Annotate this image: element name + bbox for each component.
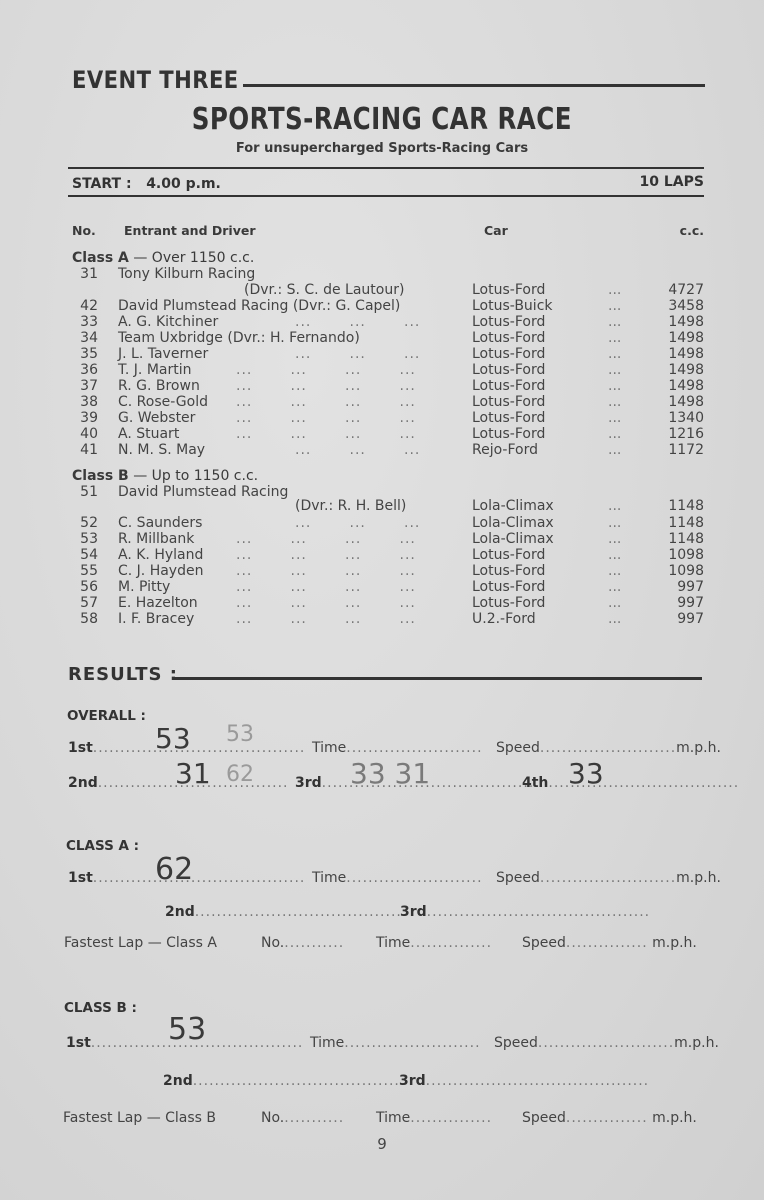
laps-count: 10 LAPS — [640, 174, 704, 190]
entry-cc: 997 — [677, 611, 704, 627]
class-a-second-field[interactable]: 2nd.....................................… — [165, 904, 407, 920]
car-leader-dots: ... — [608, 282, 621, 298]
class-a-time-field[interactable]: Time......................... — [312, 870, 483, 886]
class-a-fastest-time-field[interactable]: Time............... — [376, 935, 492, 951]
entry-cc: 1498 — [668, 330, 704, 346]
entry-cc: 1172 — [668, 442, 704, 458]
entry-entrant: A. G. Kitchiner — [118, 314, 218, 330]
entry-car: Lotus-Ford — [472, 330, 545, 346]
car-leader-dots: ... — [608, 579, 621, 595]
entry-car: Lotus-Ford — [472, 579, 545, 595]
entry-no: 56 — [72, 579, 98, 595]
entry-entrant: David Plumstead Racing — [118, 484, 288, 500]
entry-cc: 1148 — [668, 498, 704, 514]
entry-cc: 1148 — [668, 531, 704, 547]
leader-dots: ... ... ... ... — [236, 579, 416, 595]
entry-entrant: A. K. Hyland — [118, 547, 203, 563]
class-b-fastest-lap-label: Fastest Lap — Class B — [63, 1110, 216, 1126]
class-b-fastest-speed-field[interactable]: Speed............... m.p.h. — [522, 1110, 697, 1126]
entry-cc: 1216 — [668, 426, 704, 442]
entry-cc: 1498 — [668, 362, 704, 378]
entry-entrant: N. M. S. May — [118, 442, 205, 458]
entry-driver: (Dvr.: R. H. Bell) — [295, 498, 406, 514]
entry-cc: 1340 — [668, 410, 704, 426]
leader-dots: ... ... ... — [295, 515, 420, 531]
overall-label: OVERALL : — [67, 708, 146, 724]
entry-cc: 4727 — [668, 282, 704, 298]
entry-entrant: C. Rose-Gold — [118, 394, 208, 410]
event-rule — [243, 84, 705, 87]
page-number: 9 — [0, 1135, 764, 1153]
car-leader-dots: ... — [608, 330, 621, 346]
car-leader-dots: ... — [608, 547, 621, 563]
entry-car: Rejo-Ford — [472, 442, 538, 458]
entry-no: 52 — [72, 515, 98, 531]
class-a-fastest-speed-field[interactable]: Speed............... m.p.h. — [522, 935, 697, 951]
entry-car: Lotus-Ford — [472, 547, 545, 563]
leader-dots: ... ... ... ... — [236, 547, 416, 563]
col-header-car: Car — [484, 223, 508, 238]
overall-first-faint: 53 — [226, 722, 254, 747]
entry-car: Lola-Climax — [472, 531, 554, 547]
entry-driver: (Dvr.: S. C. de Lautour) — [244, 282, 404, 298]
entry-car: Lotus-Ford — [472, 426, 545, 442]
entry-entrant: E. Hazelton — [118, 595, 198, 611]
entry-no: 37 — [72, 378, 98, 394]
entry-no: 41 — [72, 442, 98, 458]
entry-car: Lotus-Ford — [472, 410, 545, 426]
overall-second-handwritten: 31 — [175, 757, 211, 790]
class-b-results-label: CLASS B : — [64, 1000, 137, 1016]
entry-cc: 997 — [677, 595, 704, 611]
entry-no: 42 — [72, 298, 98, 314]
entry-no: 51 — [72, 484, 98, 500]
start-bottom-rule — [68, 195, 704, 197]
class-b-third-field[interactable]: 3rd.....................................… — [399, 1073, 649, 1089]
class-b-time-field[interactable]: Time......................... — [310, 1035, 481, 1051]
entry-entrant: C. Saunders — [118, 515, 202, 531]
entry-car: Lotus-Ford — [472, 346, 545, 362]
entry-no: 38 — [72, 394, 98, 410]
entry-car: Lotus-Ford — [472, 282, 545, 298]
overall-time-field[interactable]: Time......................... — [312, 740, 483, 756]
overall-first-handwritten: 53 — [155, 722, 191, 755]
entry-entrant: G. Webster — [118, 410, 195, 426]
start-top-rule — [68, 167, 704, 169]
entry-entrant: I. F. Bracey — [118, 611, 194, 627]
class-a-results-label: CLASS A : — [66, 838, 139, 854]
class-b-first-handwritten: 53 — [168, 1012, 206, 1047]
entry-car: Lola-Climax — [472, 498, 554, 514]
results-rule — [172, 677, 702, 680]
entry-no: 54 — [72, 547, 98, 563]
entry-entrant: M. Pitty — [118, 579, 170, 595]
car-leader-dots: ... — [608, 515, 621, 531]
class-a-first-handwritten: 62 — [155, 852, 193, 887]
entry-entrant: J. L. Taverner — [118, 346, 208, 362]
entry-no: 53 — [72, 531, 98, 547]
class-b-fastest-time-field[interactable]: Time............... — [376, 1110, 492, 1126]
entry-entrant: C. J. Hayden — [118, 563, 203, 579]
race-title: SPORTS-RACING CAR RACE — [0, 102, 764, 137]
class-a-third-field[interactable]: 3rd.....................................… — [400, 904, 650, 920]
start-info: START : 4.00 p.m. — [72, 176, 221, 192]
col-header-cc: c.c. — [680, 223, 704, 238]
class-a-fastest-lap-label: Fastest Lap — Class A — [64, 935, 217, 951]
entry-car: Lotus-Ford — [472, 394, 545, 410]
entry-cc: 997 — [677, 579, 704, 595]
car-leader-dots: ... — [608, 442, 621, 458]
car-leader-dots: ... — [608, 498, 621, 514]
entry-no: 39 — [72, 410, 98, 426]
results-title: RESULTS : — [68, 664, 178, 685]
entry-entrant: Team Uxbridge (Dvr.: H. Fernando) — [118, 330, 360, 346]
leader-dots: ... ... ... — [295, 314, 420, 330]
entry-no: 40 — [72, 426, 98, 442]
car-leader-dots: ... — [608, 314, 621, 330]
entry-car: Lola-Climax — [472, 515, 554, 531]
entry-no: 36 — [72, 362, 98, 378]
entry-no: 33 — [72, 314, 98, 330]
entry-cc: 1498 — [668, 394, 704, 410]
col-header-no: No. — [72, 223, 96, 238]
class-b-fastest-no-field[interactable]: No............ — [261, 1110, 344, 1126]
car-leader-dots: ... — [608, 410, 621, 426]
car-leader-dots: ... — [608, 362, 621, 378]
entry-car: Lotus-Ford — [472, 563, 545, 579]
car-leader-dots: ... — [608, 611, 621, 627]
car-leader-dots: ... — [608, 378, 621, 394]
class-a-header: Class A — Over 1150 c.c. — [72, 250, 254, 266]
entry-cc: 3458 — [668, 298, 704, 314]
leader-dots: ... ... ... — [295, 442, 420, 458]
entry-cc: 1498 — [668, 314, 704, 330]
event-label: EVENT THREE — [72, 66, 239, 94]
overall-fourth-handwritten: 33 — [568, 757, 604, 790]
car-leader-dots: ... — [608, 346, 621, 362]
entry-entrant: T. J. Martin — [118, 362, 192, 378]
race-subtitle: For unsupercharged Sports-Racing Cars — [0, 141, 764, 156]
entry-car: Lotus-Buick — [472, 298, 553, 314]
entry-car: Lotus-Ford — [472, 314, 545, 330]
leader-dots: ... ... ... ... — [236, 410, 416, 426]
overall-third-handwritten: 33 31 — [350, 757, 430, 790]
entry-entrant: R. Millbank — [118, 531, 194, 547]
class-a-fastest-no-field[interactable]: No............ — [261, 935, 344, 951]
class-a-speed-field[interactable]: Speed.........................m.p.h. — [496, 870, 721, 886]
car-leader-dots: ... — [608, 426, 621, 442]
entry-cc: 1498 — [668, 378, 704, 394]
entry-no: 31 — [72, 266, 98, 282]
overall-fourth-field[interactable]: 4th................................... — [522, 775, 739, 791]
entry-no: 34 — [72, 330, 98, 346]
entry-car: U.2.-Ford — [472, 611, 536, 627]
entry-entrant: R. G. Brown — [118, 378, 200, 394]
leader-dots: ... ... ... ... — [236, 563, 416, 579]
entry-no: 55 — [72, 563, 98, 579]
car-leader-dots: ... — [608, 595, 621, 611]
overall-speed-field[interactable]: Speed.........................m.p.h. — [496, 740, 721, 756]
car-leader-dots: ... — [608, 298, 621, 314]
entry-car: Lotus-Ford — [472, 378, 545, 394]
entry-cc: 1098 — [668, 547, 704, 563]
entry-no: 57 — [72, 595, 98, 611]
car-leader-dots: ... — [608, 394, 621, 410]
car-leader-dots: ... — [608, 531, 621, 547]
entry-no: 35 — [72, 346, 98, 362]
class-b-header: Class B — Up to 1150 c.c. — [72, 468, 258, 484]
entry-entrant: David Plumstead Racing (Dvr.: G. Capel) — [118, 298, 400, 314]
entry-no: 58 — [72, 611, 98, 627]
entry-cc: 1098 — [668, 563, 704, 579]
entry-cc: 1148 — [668, 515, 704, 531]
leader-dots: ... ... ... ... — [236, 378, 416, 394]
entry-entrant: A. Stuart — [118, 426, 179, 442]
entry-car: Lotus-Ford — [472, 362, 545, 378]
leader-dots: ... ... ... ... — [236, 394, 416, 410]
leader-dots: ... ... ... ... — [236, 426, 416, 442]
car-leader-dots: ... — [608, 563, 621, 579]
overall-second-faint: 62 — [226, 762, 254, 787]
col-header-entrant: Entrant and Driver — [124, 223, 256, 238]
program-page: EVENT THREE SPORTS-RACING CAR RACE For u… — [0, 0, 764, 1200]
class-b-second-field[interactable]: 2nd.....................................… — [163, 1073, 405, 1089]
leader-dots: ... ... ... ... — [236, 611, 416, 627]
leader-dots: ... ... ... ... — [236, 362, 416, 378]
entry-car: Lotus-Ford — [472, 595, 545, 611]
entry-entrant: Tony Kilburn Racing — [118, 266, 255, 282]
entry-cc: 1498 — [668, 346, 704, 362]
leader-dots: ... ... ... — [295, 346, 420, 362]
leader-dots: ... ... ... ... — [236, 595, 416, 611]
leader-dots: ... ... ... ... — [236, 531, 416, 547]
class-b-speed-field[interactable]: Speed.........................m.p.h. — [494, 1035, 719, 1051]
